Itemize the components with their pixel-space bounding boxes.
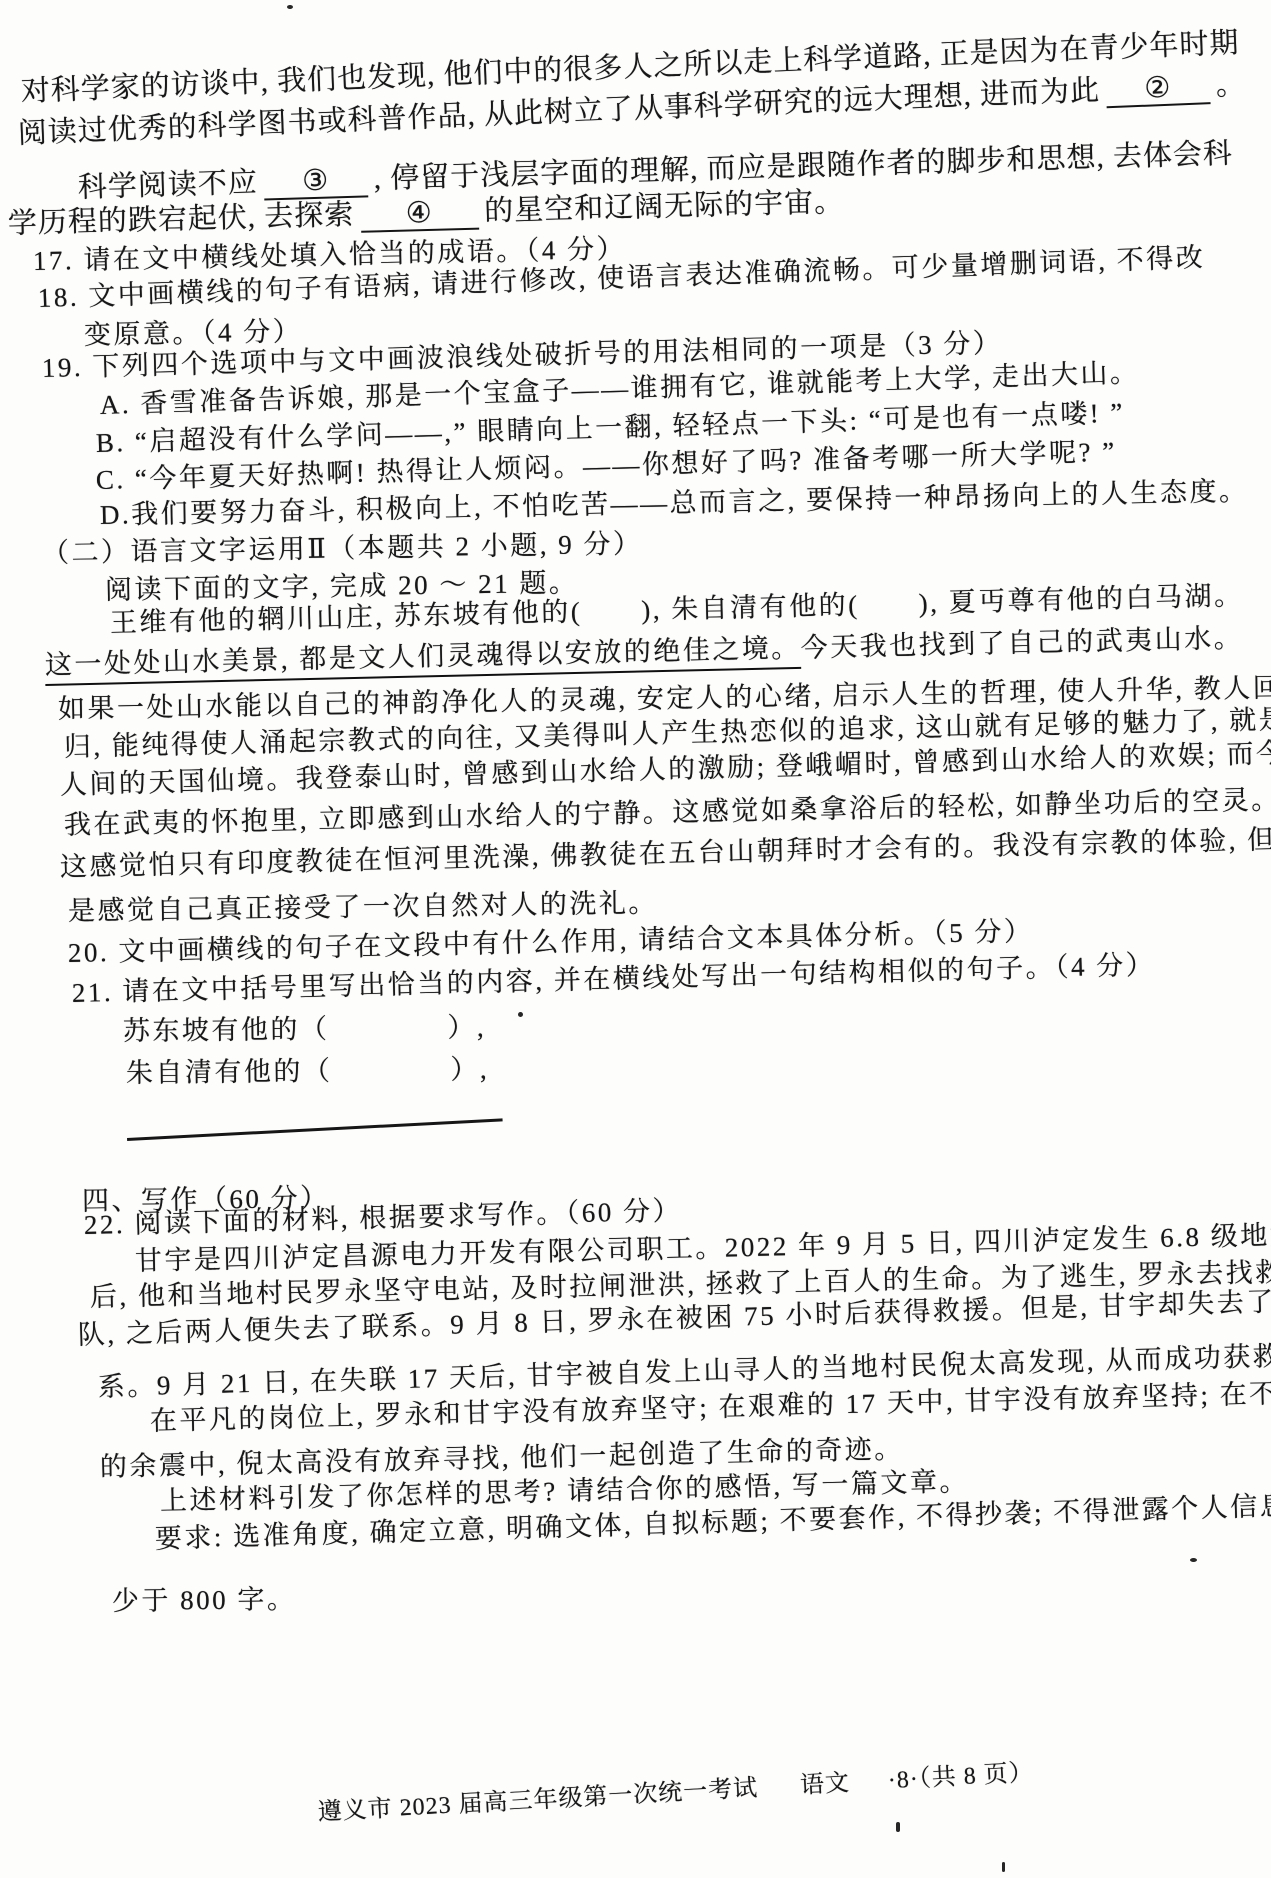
fill-blank-2: ② (1105, 73, 1210, 108)
text-segment: 今天我也找到了自己的武夷山水。 (800, 623, 1243, 663)
scan-artifact (1002, 1862, 1005, 1872)
text-segment: 。 (1215, 69, 1246, 102)
answer-stub-sudongpo: 苏东坡有他的（ ）, (123, 1012, 487, 1047)
scan-artifact (1190, 1558, 1197, 1562)
underlined-sentence: 这一处处山水美景, 都是文人们灵魂得以安放的绝佳之境。 (45, 633, 802, 686)
fill-blank-3: ③ (263, 166, 368, 200)
requirements-cont: 少于 800 字。 (112, 1584, 297, 1617)
section-2-heading: （二）语言文字运用Ⅱ（本题共 2 小题, 9 分） (42, 529, 643, 569)
footer-subject: 语文 (799, 1770, 850, 1799)
footer-page-number: ·8· (887, 1766, 919, 1794)
page-footer: 遵义市 2023 届高三年级第一次统一考试语文·8·（共 8 页） (317, 1760, 1034, 1828)
scan-artifact (518, 1012, 523, 1017)
scan-artifact (287, 5, 293, 9)
question-18-cont: 变原意。（4 分） (84, 316, 303, 351)
exam-page: 对科学家的访谈中, 我们也发现, 他们中的很多人之所以走上科学道路, 正是因为在… (0, 0, 1271, 1878)
footer-page-total: （共 8 页） (918, 1760, 1034, 1792)
answer-stub-zhuziqing: 朱自清有他的（ ）, (126, 1054, 490, 1089)
fill-blank-4: ④ (360, 199, 479, 233)
answer-blank-line (127, 1118, 503, 1141)
scan-artifact (896, 1822, 900, 1832)
passage-line: 是感觉自己真正接受了一次自然对人的洗礼。 (68, 888, 658, 927)
footer-exam-name: 遵义市 2023 届高三年级第一次统一考试 (317, 1775, 759, 1826)
text-segment: 的星空和辽阔无际的宇宙。 (484, 186, 845, 227)
text-segment: 学历程的跌宕起伏, 去探索 (7, 199, 354, 240)
text-segment: 科学阅读不应 (77, 167, 258, 204)
